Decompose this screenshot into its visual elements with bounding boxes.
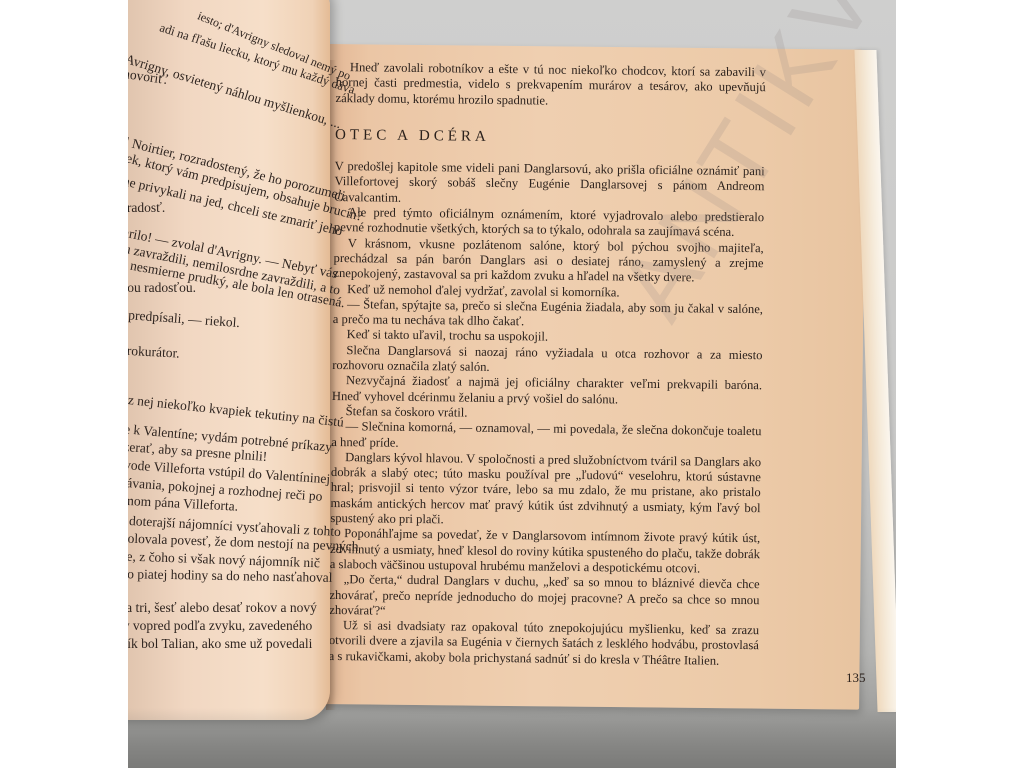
page-number: 135: [846, 670, 866, 686]
text-line: cov vopred podľa zvyku, zavedeného: [128, 618, 312, 634]
text-line: ste predpísali, — riekol.: [128, 306, 240, 331]
intro-paragraph: Hneď zavolali robotníkov a ešte v tú noc…: [335, 60, 766, 111]
paragraph: — Slečnina komorná, — oznamoval, — mi po…: [331, 419, 761, 455]
left-page: iesto; d'Avrigny sledoval nemý po adi na…: [128, 0, 330, 720]
right-page-text: Hneď zavolali robotníkov a ešte v tú noc…: [329, 60, 766, 669]
paragraph: Poponáhľajme sa povedať, že v Danglarsov…: [330, 526, 761, 577]
chapter-title: OTEC A DCÉRA: [335, 128, 765, 149]
text-line: kolo piatej hodiny sa do neho nasťahoval: [128, 566, 333, 586]
text-line: nú radosť.: [128, 200, 165, 216]
text-line: ernou radosťou.: [128, 280, 196, 296]
text-line: á na tri, šesť alebo desať rokov a nový: [128, 600, 317, 616]
text-line: ý prokurátor.: [128, 342, 180, 362]
left-page-text: iesto; d'Avrigny sledoval nemý po adi na…: [128, 0, 308, 680]
paragraph: Ale pred týmto oficiálnym oznámením, kto…: [334, 205, 764, 241]
paragraph: „Do čerta,“ dudral Danglars v duchu, „ke…: [329, 572, 760, 623]
book-photo: Hneď zavolali robotníkov a ešte v tú noc…: [128, 0, 896, 768]
paragraph: V predošlej kapitole sme videli pani Dan…: [334, 159, 765, 210]
paragraph: V krásnom, vkusne pozlátenom salóne, kto…: [333, 236, 764, 287]
text-line: mník bol Talian, ako sme už povedali: [128, 636, 312, 652]
paragraph: Danglars kývol hlavou. V spoločnosti a p…: [330, 450, 761, 532]
paragraph: Už si asi dvadsiaty raz opakoval túto zn…: [329, 618, 760, 669]
table-shadow: [128, 708, 896, 768]
